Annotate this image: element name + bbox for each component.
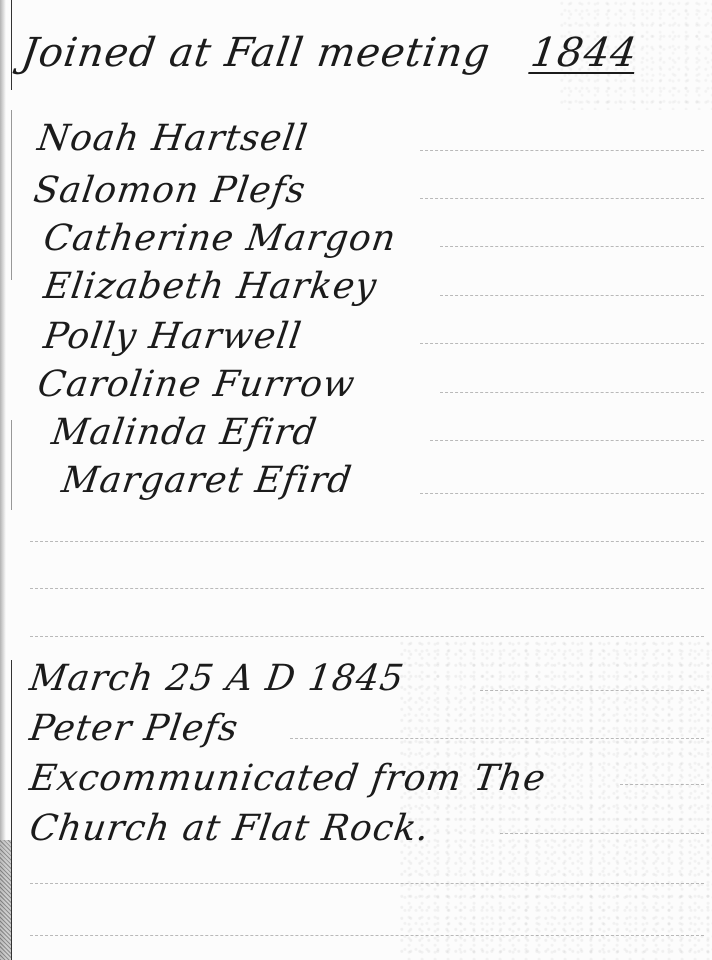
ruled-line (30, 935, 704, 936)
ruled-line (30, 883, 704, 884)
page-edge-stain (0, 840, 11, 960)
ruled-line (290, 738, 704, 739)
ruled-line (440, 246, 704, 247)
scan-noise (400, 640, 712, 960)
margin-line (11, 0, 12, 90)
margin-line (11, 660, 12, 960)
ruled-line (30, 541, 704, 542)
header-text: Joined at Fall meeting (19, 30, 493, 76)
ruled-line (480, 690, 704, 691)
ruled-line (500, 833, 704, 834)
margin-line (11, 420, 12, 510)
entry-date: March 25 A D 1845 (27, 658, 407, 699)
ruled-line (30, 588, 704, 589)
ruled-line (440, 392, 704, 393)
entry-line: Peter Plefs (27, 708, 241, 749)
entry-line: Church at Flat Rock. (27, 808, 432, 849)
member-name: Margaret Efird (59, 460, 355, 501)
member-name: Caroline Furrow (35, 364, 358, 405)
page-binding-shadow (0, 0, 6, 960)
member-name: Elizabeth Harkey (41, 266, 379, 307)
member-name: Catherine Margon (41, 218, 399, 259)
member-name: Salomon Plefs (31, 170, 308, 211)
entry-line: Excommunicated from The (27, 758, 549, 799)
header-year: 1844 (528, 30, 640, 76)
ruled-line (30, 636, 704, 637)
margin-line (11, 110, 12, 280)
ruled-line (420, 493, 704, 494)
ruled-line (420, 150, 704, 151)
ruled-line (440, 295, 704, 296)
ruled-line (430, 440, 704, 441)
member-name: Malinda Efird (49, 412, 320, 453)
member-name: Noah Hartsell (35, 118, 310, 159)
document-page: Joined at Fall meeting 1844 Noah Hartsel… (0, 0, 712, 960)
ruled-line (620, 784, 704, 785)
header-line: Joined at Fall meeting 1844 (19, 30, 640, 76)
ruled-line (420, 343, 704, 344)
member-name: Polly Harwell (41, 316, 304, 357)
ruled-line (420, 198, 704, 199)
